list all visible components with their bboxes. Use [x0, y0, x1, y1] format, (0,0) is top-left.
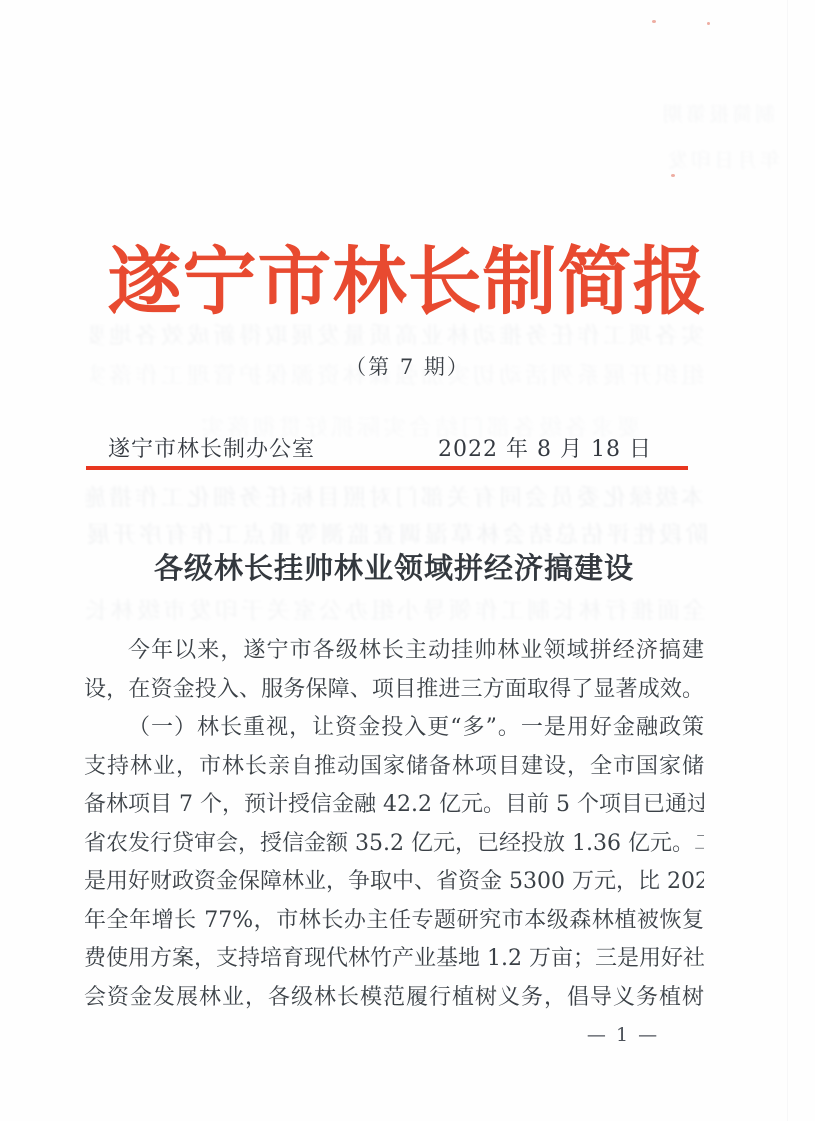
bulletin-title: 遂宁市林长制简报: [0, 232, 815, 332]
issue-number: （第 7 期）: [0, 351, 815, 383]
body-line: 会资金发展林业，各级林长模范履行植树义务，倡导义务植树: [84, 979, 704, 1018]
bleedthrough-text: 阶段性评估总结会林草湿调查监测等重点工作有序开展推进: [86, 521, 708, 549]
body-line: 备林项目 7 个，预计授信金融 42.2 亿元。目前 5 个项目已通过: [84, 786, 704, 825]
body-line: （一）林长重视，让资金投入更“多”。一是用好金融政策: [84, 709, 704, 748]
page-number: — 1 —: [558, 1023, 688, 1047]
document-page: 实各项工作任务推动林业高质量发展取得新成效各地要认真 组织开展系列活动切实加强森…: [0, 0, 815, 1121]
byline-row: 遂宁市林长制办公室 2022 年 8 月 18 日: [108, 436, 652, 464]
bleedthrough-text: 年月日印发: [610, 146, 780, 174]
bleedthrough-text: 本级绿化委员会同有关部门对照目标任务细化工作措施推进: [86, 484, 704, 512]
scan-speck: [707, 22, 710, 25]
bleedthrough-text: 制简报第期: [615, 100, 775, 128]
scan-speck: [652, 20, 656, 23]
bleedthrough-text: 全面推行林长制工作领导小组办公室关于印发市级林长巡林: [86, 597, 706, 625]
article-body: 今年以来，遂宁市各级林长主动挂帅林业领域拼经济搞建 设，在资金投入、服务保障、项…: [84, 632, 704, 1017]
body-line: 设，在资金投入、服务保障、项目推进三方面取得了显著成效。: [84, 671, 704, 710]
article-heading: 各级林长挂帅林业领域拼经济搞建设: [84, 549, 704, 587]
body-line: 费使用方案，支持培育现代林竹产业基地 1.2 万亩；三是用好社: [84, 940, 704, 979]
publication-date: 2022 年 8 月 18 日: [438, 436, 652, 464]
body-line: 支持林业，市林长亲自推动国家储备林项目建设，全市国家储: [84, 748, 704, 787]
issuing-office: 遂宁市林长制办公室: [108, 436, 315, 464]
body-line: 省农发行贷审会，授信金额 35.2 亿元，已经投放 1.36 亿元。二: [84, 825, 704, 864]
body-line: 今年以来，遂宁市各级林长主动挂帅林业领域拼经济搞建: [84, 632, 704, 671]
scan-speck: [671, 174, 675, 177]
body-line: 年全年增长 77%，市林长办主任专题研究市本级森林植被恢复: [84, 902, 704, 941]
body-line: 是用好财政资金保障林业，争取中、省资金 5300 万元，比 2021: [84, 863, 704, 902]
scan-streak: [787, 0, 788, 1121]
masthead-divider-rule: [86, 466, 688, 470]
